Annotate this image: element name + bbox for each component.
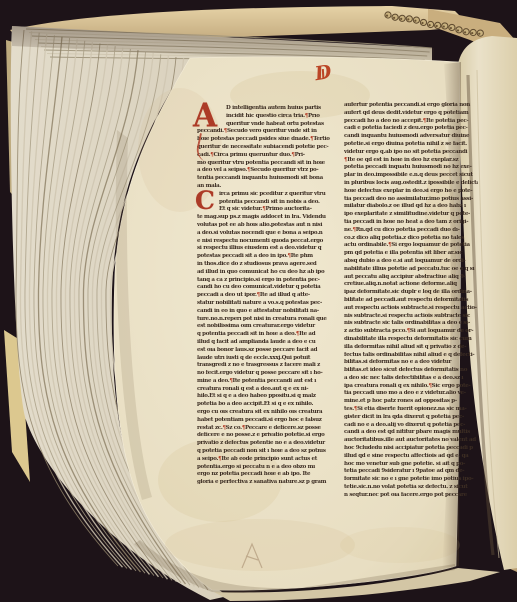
text-line: volūtas pōt ee ab hoīs alio.potestas aūt… bbox=[197, 222, 334, 230]
text-line: a deo sic nec talis defectibilitas ē a d… bbox=[344, 375, 478, 383]
text-line: hoīe potestas peccādi psidēs siue dnāde.… bbox=[197, 136, 334, 144]
text-line: Et q sic videtur.¶Primo auctorita- bbox=[197, 206, 334, 214]
text-line: ¶Itē oē qd est in hoīe in deo hz exēplar… bbox=[344, 157, 478, 165]
text-line: bilitas.et ideo sicut defectus deformita… bbox=[344, 367, 478, 375]
text-line: ergo nz potētia peccādi hoīe ē ab ipo. I… bbox=[197, 471, 334, 479]
text-line: illud q facit ad amplianda laudē a deo ē… bbox=[197, 339, 334, 347]
text-column-right: aufertur potentia peccandi.si ergo glori… bbox=[344, 102, 478, 500]
text-line: tia peccādi in hoīe nō hēat a deo tam z … bbox=[344, 219, 478, 227]
text-line: aut peccatū aliq accipiur abstractiue al… bbox=[344, 274, 478, 282]
text-line: plar in deo.impossibile ē.n.q deus pecce… bbox=[344, 172, 478, 180]
text-line: ē nisi respectu nocumenti quodā peccat.e… bbox=[197, 238, 334, 246]
text-line: fectus talis ordinabilitas nihil aliud ē… bbox=[344, 352, 478, 360]
text-line: tētie.sic.n.nō volat potētiā sz defectū.… bbox=[344, 484, 478, 492]
text-line: cādi nō ē a deo.alij vo dixerūt q potēti… bbox=[344, 422, 478, 430]
text-line: co.z dico aliq potētia.z dico potētiā nō… bbox=[344, 235, 478, 243]
text-line: nē.¶Rn.qd cū dico potētia peccādi duo dī… bbox=[344, 227, 478, 235]
text-line: ipo exēplaritatē z similitudinē.videtur … bbox=[344, 211, 478, 219]
text-line: n seqtur.nec pōt oīa facere.ergo pōt pec… bbox=[344, 492, 478, 500]
text-line: a deo.si volūtas nocendi que ē bona a se… bbox=[197, 230, 334, 238]
text-line: q potētia peccādi non sit ī hoīe a deo s… bbox=[197, 448, 334, 456]
text-line: incidit hic questio circa tria.¶Prīo bbox=[197, 113, 334, 121]
text-line: illa deformitas nihil aliud sit q privat… bbox=[344, 344, 478, 352]
text-line: te mag.sup ps.z magis addocet in lra. Vi… bbox=[197, 214, 334, 222]
text-line: formitatē sic nō ē ī gne potētie imo pot… bbox=[344, 476, 478, 484]
text-line: hoc mō venetur sub gne potētie. si ait q… bbox=[344, 461, 478, 469]
text-line: ad illud in quo cōmunicat hō cū deo hz a… bbox=[197, 269, 334, 277]
text-line: si respectu illius eiusdem est a deo.vid… bbox=[197, 245, 334, 253]
text-line: tiā peccādi deo nō assimilatur.imo potiu… bbox=[344, 196, 478, 204]
text-line: privatio z defectus potentie nō ē a deo.… bbox=[197, 440, 334, 448]
text-line: ture.nō.n.reperī pōt nisi in creatura rō… bbox=[197, 316, 334, 324]
text-line: tia peccādi uno mō a deo ē z videtur.ali… bbox=[344, 390, 478, 398]
text-line: queritur vnde habeat ortū potestas bbox=[197, 121, 334, 129]
text-line: actū ordinabilē.¶Si ergo loquamur de pot… bbox=[344, 242, 478, 250]
text-line: mine.et p hoc patz rōnes ad oppositas p- bbox=[344, 398, 478, 406]
text-line: aufertur potentia peccandi.si ergo glori… bbox=[344, 102, 478, 110]
text-line: aufert qd deus dedit.videtur ergo q potē… bbox=[344, 110, 478, 118]
text-line: tanq a cā z principio.si ergo in potenti… bbox=[197, 277, 334, 285]
text-line: statur nobilitati nature a vo.s.q potest… bbox=[197, 300, 334, 308]
text-line: bilitas.si deformitas nō ē a deo videtur bbox=[344, 359, 478, 367]
text-line: an mala. bbox=[197, 183, 334, 191]
text-line: transgredi z nō ē trāsgressus z facere m… bbox=[197, 362, 334, 370]
text-line: D intelligentiā autem huius partis bbox=[197, 105, 334, 113]
text-line: peccādi hō a deo nō accepit.¶Ite potētia… bbox=[344, 118, 478, 126]
text-line: candi in eo in quo ē attestatur nobilita… bbox=[197, 308, 334, 316]
text-line: candi hō cū deo cōmunicat.videtur q potē… bbox=[197, 284, 334, 292]
text-line: laudē utrī iusti q de ēccle.xxxj.Qui pot… bbox=[197, 355, 334, 363]
photograph-of-incunabulum-page: D intelligentiā autem huius partisincidi… bbox=[0, 0, 517, 602]
illuminated-initial-a: A bbox=[193, 100, 217, 133]
text-line: potētie.si ergo diuina potētia nihil z s… bbox=[344, 141, 478, 149]
text-line: irca primū sic pcēditur z queritur vtrū bbox=[197, 191, 334, 199]
text-line: a seipo.¶Itē ab eodē principio sunt actu… bbox=[197, 456, 334, 464]
text-line: mo queritur vtrū potentia peccandi sit i… bbox=[197, 160, 334, 168]
text-line: bilitate ad peccādi.aut respectu deformi… bbox=[344, 297, 478, 305]
text-line: habet potentiam peccādi.si ergo hoc ē fa… bbox=[197, 417, 334, 425]
text-line: in pluribus locis aug.ostēdit.z ipossibi… bbox=[344, 180, 478, 188]
text-line: gister dicit in lra qdā dixerūt q potēti… bbox=[344, 414, 478, 422]
text-line: potētia bō a deo accipit.Et si q ē ex ni… bbox=[197, 401, 334, 409]
text-line: est nobilissima oīm creaturar.ergo videt… bbox=[197, 323, 334, 331]
text-line: pm qd potētia ē illa potentia sit liber … bbox=[344, 250, 478, 258]
illuminated-initial-c: C bbox=[195, 188, 215, 213]
text-line: tētia peccādi 9sideratur ī 9patōe ad qm … bbox=[344, 468, 478, 476]
text-line: restat zc.¶Sz cō.¶Peccare ē deficere.sz … bbox=[197, 425, 334, 433]
text-line: hoīe defectus exēplar in deo.si ergo hō … bbox=[344, 188, 478, 196]
text-line: est oīa bonor laus.sz posse peccare faci… bbox=[197, 347, 334, 355]
text-line: cretiue.aliq.n.notat actiōne deformē.ali… bbox=[344, 281, 478, 289]
text-line: aut respectu actiōis subtracte.si respec… bbox=[344, 305, 478, 313]
text-line: peccādi a deo ut ipōr.¶Itē ad illud q at… bbox=[197, 292, 334, 300]
text-line: candi a deo est qd nititur pbare magis m… bbox=[344, 429, 478, 437]
text-line: nō fecit.ergo videtur q posse peccare si… bbox=[197, 370, 334, 378]
text-line: q potentia peccādi sit in hoīe a deo.¶It… bbox=[197, 331, 334, 339]
text-line: hoc 9cludēdū nisi accipiatur potētia pec… bbox=[344, 445, 478, 453]
text-line: absq dubio a deo ē.si aūt loquamur de or… bbox=[344, 258, 478, 266]
text-line: hilo.Et si q ē a deo habeo ppositū.si q … bbox=[197, 393, 334, 401]
text-line: ipaz deformitatē.sic duplr ē loq de illa… bbox=[344, 289, 478, 297]
text-line: in thos.dice do z studiosus prava agere.… bbox=[197, 261, 334, 269]
text-line: ipa creatura rōnāli q ex nihilo.¶Sic erg… bbox=[344, 383, 478, 391]
text-line: deficere ē nō posse.z ē privatio potētie… bbox=[197, 432, 334, 440]
quire-signature-mark: D bbox=[313, 61, 333, 85]
text-line: potentia.ergo si peccatū n ē a deo obzō … bbox=[197, 464, 334, 472]
text-line: nis subtracte.si respectu actiōis subtra… bbox=[344, 313, 478, 321]
text-column-left: D intelligentiā autem huius partisincidi… bbox=[197, 105, 334, 487]
text-line: tes.¶Si etiā diserte fuerit opiōnez.nā s… bbox=[344, 406, 478, 414]
text-line: nabilitate illius potētie ad peccatū.tūc… bbox=[344, 266, 478, 274]
text-line: cādi ē potētia faciēdi z deū.ergo potēti… bbox=[344, 125, 478, 133]
text-line: videtur ergo q.ab ipo nō sit potētia pec… bbox=[344, 149, 478, 157]
text-line: candi inquantū huiusmodi adversatur diui… bbox=[344, 133, 478, 141]
text-line: creatura rōnāli q est a deo.aut q ē ex n… bbox=[197, 386, 334, 394]
text-line: tentia peccandi inquantū huiusmodi sit b… bbox=[197, 175, 334, 183]
text-line: peccandi.¶Secūdo vero queritur vnde sit … bbox=[197, 128, 334, 136]
text-line: queritur de necessitate subiacendi potēt… bbox=[197, 144, 334, 152]
text-line: potestas peccādi sit a deo in ipo.¶Itē p… bbox=[197, 253, 334, 261]
text-line: ergo cū oīs creatura sit ex nihilo oīs c… bbox=[197, 409, 334, 417]
text-line: potentia peccandi sit in nobis a deo. bbox=[197, 199, 334, 207]
text-line: z actio subtracta pccō.¶Si aūt loquamur … bbox=[344, 328, 478, 336]
text-line: auctoritatibus.ille aūt auctoritates nō … bbox=[344, 437, 478, 445]
text-line: potētia peccādi inquātū huiusmodi nō hz … bbox=[344, 164, 478, 172]
text-line: nis subtracte sic talis ordinabilitas a … bbox=[344, 320, 478, 328]
text-line: milatur diabolo.z oē illud qd hz a deo h… bbox=[344, 203, 478, 211]
text-line: illud qd ē sine respectu affectiōis ad q… bbox=[344, 453, 478, 461]
text-line: cādi.¶Circa primū queruntur duo.¶Pri- bbox=[197, 152, 334, 160]
text-line: a deo vel a seipso.¶Secūdo queritur vtrz… bbox=[197, 167, 334, 175]
text-line: dinabilitate illa respectu deformitatis … bbox=[344, 336, 478, 344]
text-line: gloria ē perfectiva z sanativa nature.sz… bbox=[197, 479, 334, 487]
text-line: mine a deo.¶Itē potentia peccandi aut es… bbox=[197, 378, 334, 386]
